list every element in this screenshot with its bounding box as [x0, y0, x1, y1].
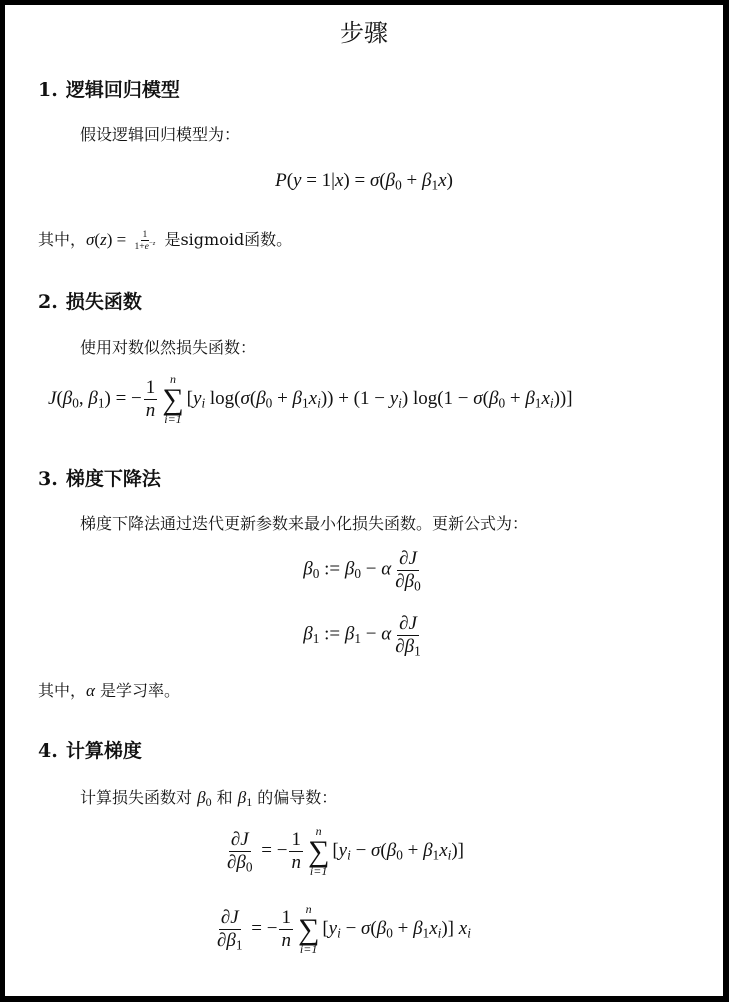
section-3-note: 其中，α 是学习率。 — [38, 678, 180, 701]
section-4-heading: 4.计算梯度 — [38, 736, 142, 763]
section-1-note: 其中，σ(z) = 11+e−z 是sigmoid函数。 — [38, 227, 292, 252]
sigmoid-fraction: 11+e−z — [132, 229, 157, 252]
section-2-heading: 2.损失函数 — [38, 287, 142, 314]
section-3-intro: 梯度下降法通过迭代更新参数来最小化损失函数。更新公式为： — [80, 511, 528, 534]
formula-loss-function: J(β0, β1) = −1nn∑i=1[yi log(σ(β0 + β1xi)… — [48, 373, 573, 426]
section-2-intro: 使用对数似然损失函数： — [80, 335, 256, 358]
section-number: 1. — [38, 79, 58, 101]
section-4-intro: 计算损失函数对 β0 和 β1 的偏导数： — [80, 785, 337, 808]
section-title: 逻辑回归模型 — [66, 79, 180, 101]
section-1-intro: 假设逻辑回归模型为： — [80, 122, 240, 145]
page-title: 步骤 — [5, 13, 723, 48]
formula-logistic-model: P(y = 1|x) = σ(β0 + β1x) — [5, 170, 723, 192]
formula-update-beta1: β1 := β1 − α∂J∂β1 — [5, 613, 723, 658]
formula-update-beta0: β0 := β0 − α∂J∂β0 — [5, 548, 723, 593]
formula-gradient-beta1: ∂J∂β1 = −1nn∑i=1[yi − σ(β0 + β1xi)] xi — [213, 903, 471, 956]
section-3-heading: 3.梯度下降法 — [38, 464, 161, 491]
document-page: 步骤 1.逻辑回归模型 假设逻辑回归模型为： P(y = 1|x) = σ(β0… — [5, 5, 723, 996]
formula-gradient-beta0: ∂J∂β0 = −1nn∑i=1[yi − σ(β0 + β1xi)] — [223, 825, 464, 878]
section-1-heading: 1.逻辑回归模型 — [38, 75, 180, 102]
